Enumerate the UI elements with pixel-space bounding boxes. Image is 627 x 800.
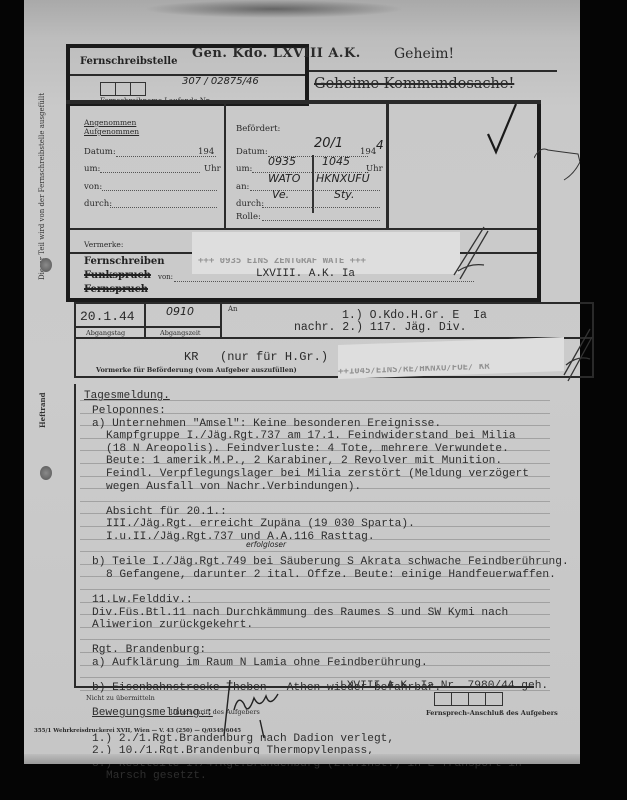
forwarded-by-2: Sty. bbox=[334, 188, 354, 201]
message-line: Beute: 1 amerik.M.P., 2 Karabiner, 2 Rev… bbox=[106, 455, 502, 468]
from-value: LXVIII. A.K. Ia bbox=[256, 268, 355, 280]
forwarded-by-1: Ve. bbox=[272, 188, 289, 201]
message-title: Tagesmeldung. bbox=[84, 390, 170, 403]
message-line: 3.) Restteile I./4.Rgt.Brandenburg (2.u.… bbox=[92, 758, 522, 771]
punch-hole bbox=[40, 466, 52, 480]
dispatch-time: 0910 bbox=[166, 305, 194, 318]
command-stamp: Gen. Kdo. LXVIII A.K. bbox=[192, 46, 361, 61]
forwarded-title: Befördert: bbox=[236, 124, 280, 134]
message-line: a) Aufklärung im Raum N Lamia ohne Feind… bbox=[92, 657, 428, 670]
forwarded-time-label: um: bbox=[236, 164, 252, 174]
recipient-2: nachr. 2.) 117. Jäg. Div. bbox=[294, 321, 467, 334]
ruled-line bbox=[80, 501, 550, 502]
received-by-label: durch: bbox=[84, 199, 112, 209]
forwarded-year: 194 bbox=[360, 147, 376, 157]
dispatch-date: 20.1.44 bbox=[80, 309, 135, 324]
forwarded-role-label: Rolle: bbox=[236, 212, 261, 222]
ruled-line bbox=[80, 551, 550, 552]
notes-label: Vermerke: bbox=[84, 240, 123, 249]
printer-imprint: 355/1 Wehrkreisdruckerei XVII, Wien — V.… bbox=[34, 728, 241, 734]
message-line: Kampfgruppe I./Jäg.Rgt.737 am 17.1. Fein… bbox=[106, 430, 516, 443]
received-title-2: Aufgenommen bbox=[84, 127, 139, 136]
ruled-line bbox=[80, 589, 550, 590]
punch-hole bbox=[40, 258, 52, 272]
message-line: Feindl. Verpflegungslager bei Milia zers… bbox=[106, 468, 529, 481]
forwarded-to-1: WATO bbox=[268, 172, 300, 185]
message-line: Peloponnes: bbox=[92, 405, 166, 418]
forwarded-date-label: Datum: bbox=[236, 147, 268, 157]
message-line: wegen Ausfall von Nachr.Verbindungen). bbox=[106, 481, 361, 494]
forwarded-to-label: an: bbox=[236, 182, 249, 192]
message-line: 2.) 10./1.Rgt.Brandenburg Thermopylenpas… bbox=[92, 745, 374, 758]
teletype-office-label: Fernschreibstelle bbox=[80, 56, 177, 67]
forwarded-time-2: 1045 bbox=[322, 155, 350, 168]
message-line: (18 N Areopolis). Feindverluste: 4 Tote,… bbox=[106, 443, 509, 456]
phone-boxes bbox=[434, 691, 503, 710]
received-from-label: von: bbox=[84, 182, 102, 192]
pen-scribble-icon bbox=[534, 140, 580, 190]
pen-stroke-icon bbox=[560, 325, 594, 385]
classification-label: Geheim! bbox=[394, 46, 454, 62]
from-label: von: bbox=[158, 273, 173, 281]
message-line: Aliwerion zurückgekehrt. bbox=[92, 619, 253, 632]
forwarded-date-value: 20/1 bbox=[314, 136, 343, 151]
message-line: Div.Füs.Btl.11 nach Durchkämmung des Rau… bbox=[92, 607, 508, 620]
received-uhr: Uhr bbox=[204, 164, 221, 174]
message-line: Marsch gesetzt. bbox=[106, 770, 207, 783]
message-line: a) Unternehmen "Amsel": Keine besonderen… bbox=[92, 418, 441, 431]
message-line: Rgt. Brandenburg: bbox=[92, 644, 206, 657]
received-date-label: Datum: bbox=[84, 147, 116, 157]
forwarded-year-digit: 4 bbox=[376, 138, 384, 152]
routing-label: Vormerke für Beförderung (vom Aufgeber a… bbox=[96, 366, 297, 374]
not-transmit-label: Nicht zu übermitteln bbox=[86, 694, 155, 702]
routing-note: KR (nur für H.Gr.) bbox=[184, 350, 328, 364]
dispatch-date-label: Abgangstag bbox=[86, 329, 125, 337]
type-phone-struck: Fernspruch bbox=[84, 284, 148, 295]
ruled-line bbox=[80, 677, 550, 678]
handwritten-insert: erfolgloser bbox=[246, 540, 286, 549]
dispatch-time-label: Abgangszeit bbox=[160, 329, 201, 337]
serial-number: 307 / 02875/46 bbox=[182, 76, 259, 87]
ruled-line bbox=[80, 639, 550, 640]
type-teletype: Fernschreiben bbox=[84, 256, 165, 267]
phone-label: Fernsprech-Anschluß des Aufgebers bbox=[426, 709, 558, 717]
message-line: 8 Gefangene, darunter 2 ital. Offze. Beu… bbox=[106, 569, 556, 582]
received-title-1: Angenommen bbox=[84, 118, 136, 127]
document-page: Dieser Teil wird von der Fernschreibstel… bbox=[24, 0, 580, 764]
received-time-label: um: bbox=[84, 164, 100, 174]
message-line: III./Jäg.Rgt. erreicht Zupäna (19 030 Sp… bbox=[106, 518, 415, 531]
message-line: I.u.II./Jäg.Rgt.737 und A.A.116 Rasttag. bbox=[106, 531, 375, 544]
pen-stroke-icon bbox=[444, 225, 494, 285]
scan-shadow bbox=[144, 0, 404, 18]
type-radio-struck: Funkspruch bbox=[84, 270, 151, 281]
message-line: b) Teile I./Jäg.Rgt.749 bei Säuberung S … bbox=[92, 556, 569, 569]
received-year: 194 bbox=[198, 147, 214, 157]
message-line: 11.Lw.Felddiv.: bbox=[92, 594, 193, 607]
recipient-label: An bbox=[228, 305, 238, 313]
margin-note-heftrand: Heftrand bbox=[38, 392, 47, 428]
forwarded-to-2: HKNXUFÜ bbox=[316, 172, 370, 185]
check-mark-icon bbox=[484, 100, 524, 160]
message-line: Absicht für 20.1.: bbox=[106, 506, 227, 519]
top-secret-label: Geheime Kommandosache! bbox=[314, 76, 514, 92]
margin-note-top: Dieser Teil wird von der Fernschreibstel… bbox=[38, 93, 46, 280]
forwarded-time-1: 0935 bbox=[268, 155, 296, 168]
forwarded-by-label: durch: bbox=[236, 199, 264, 209]
